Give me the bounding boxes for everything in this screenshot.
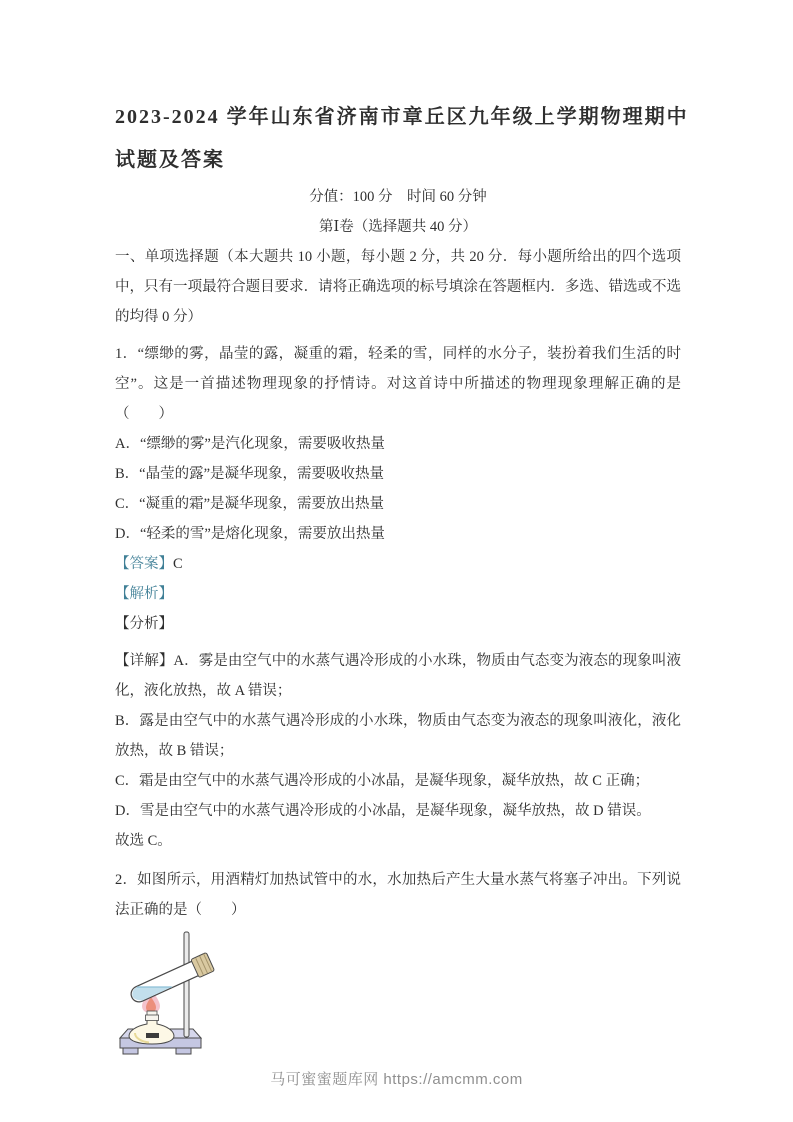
jiexi-label: 【解析】 xyxy=(115,586,173,602)
document-content: 2023-2024 学年山东省济南市章丘区九年级上学期物理期中 试题及答案 分值… xyxy=(115,0,681,1060)
detail-paragraph-c: C．霜是由空气中的水蒸气遇冷形成的小冰晶，是凝华现象，凝华放热，故 C 正确； xyxy=(115,766,681,796)
spacer xyxy=(115,332,681,339)
question-2-figure xyxy=(113,927,218,1060)
stand-base-foot-left xyxy=(123,1048,138,1054)
fenxi-label: 【分析】 xyxy=(115,616,173,632)
question-1-text: 1．“缥缈的雾，晶莹的露，凝重的霜，轻柔的雪，同样的水分子，装扮着我们生活的时空… xyxy=(115,339,681,429)
alcohol-lamp-mark xyxy=(146,1033,159,1038)
detail-paragraph-b: B．露是由空气中的水蒸气遇冷形成的小水珠，物质由气态变为液态的现象叫液化，液化放… xyxy=(115,706,681,766)
question-1: 1．“缥缈的雾，晶莹的露，凝重的霜，轻柔的雪，同样的水分子，装扮着我们生活的时空… xyxy=(115,339,681,856)
question-1-option-a: A．“缥缈的雾”是汽化现象，需要吸收热量 xyxy=(115,429,681,459)
question-1-option-b: B．“晶莹的露”是凝华现象，需要吸收热量 xyxy=(115,459,681,489)
detail-conclusion: 故选 C。 xyxy=(115,826,681,856)
stand-rod xyxy=(184,932,189,1037)
answer-label: 【答案】 xyxy=(115,556,173,572)
wick-holder xyxy=(146,1015,159,1021)
footer-watermark: 马可蜜蜜题库网 https://amcmm.com xyxy=(0,1068,793,1089)
section-1-heading: 第Ⅰ卷（选择题共 40 分） xyxy=(115,212,681,242)
document-title: 2023-2024 学年山东省济南市章丘区九年级上学期物理期中 试题及答案 xyxy=(115,96,681,182)
exam-document-page: 2023-2024 学年山东省济南市章丘区九年级上学期物理期中 试题及答案 分值… xyxy=(0,0,793,1122)
document-title-line1: 2023-2024 学年山东省济南市章丘区九年级上学期物理期中 xyxy=(115,96,681,139)
alcohol-lamp-body xyxy=(129,1020,174,1044)
answer-row: 【答案】C xyxy=(115,549,681,579)
question-1-option-d: D．“轻柔的雪”是熔化现象，需要放出热量 xyxy=(115,519,681,549)
fenxi-row: 【分析】 xyxy=(115,609,681,639)
section-1-instructions: 一、单项选择题（本大题共 10 小题，每小题 2 分，共 20 分．每小题所给出… xyxy=(115,242,681,332)
question-2-text: 2．如图所示，用酒精灯加热试管中的水，水加热后产生大量水蒸气将塞子冲出。下列说法… xyxy=(115,865,681,925)
stand-base-foot-right xyxy=(176,1048,191,1054)
xiangjie-label: 【详解】 xyxy=(115,653,173,669)
question-1-option-c: C．“凝重的霜”是凝华现象，需要放出热量 xyxy=(115,489,681,519)
detail-paragraph-d: D．雪是由空气中的水蒸气遇冷形成的小冰晶，是凝华现象，凝华放热，故 D 错误。 xyxy=(115,796,681,826)
score-time-info: 分值：100 分 时间 60 分钟 xyxy=(115,182,681,212)
spacer xyxy=(115,639,681,646)
jiexi-row: 【解析】 xyxy=(115,579,681,609)
detail-paragraph-a: 【详解】A．雾是由空气中的水蒸气遇冷形成的小水珠，物质由气态变为液态的现象叫液化… xyxy=(115,646,681,706)
answer-value: C xyxy=(173,556,183,572)
detail-a-text: A．雾是由空气中的水蒸气遇冷形成的小水珠，物质由气态变为液态的现象叫液化，液化放… xyxy=(115,653,681,699)
document-title-line2: 试题及答案 xyxy=(115,139,681,182)
spacer xyxy=(115,856,681,865)
question-2: 2．如图所示，用酒精灯加热试管中的水，水加热后产生大量水蒸气将塞子冲出。下列说法… xyxy=(115,865,681,1060)
